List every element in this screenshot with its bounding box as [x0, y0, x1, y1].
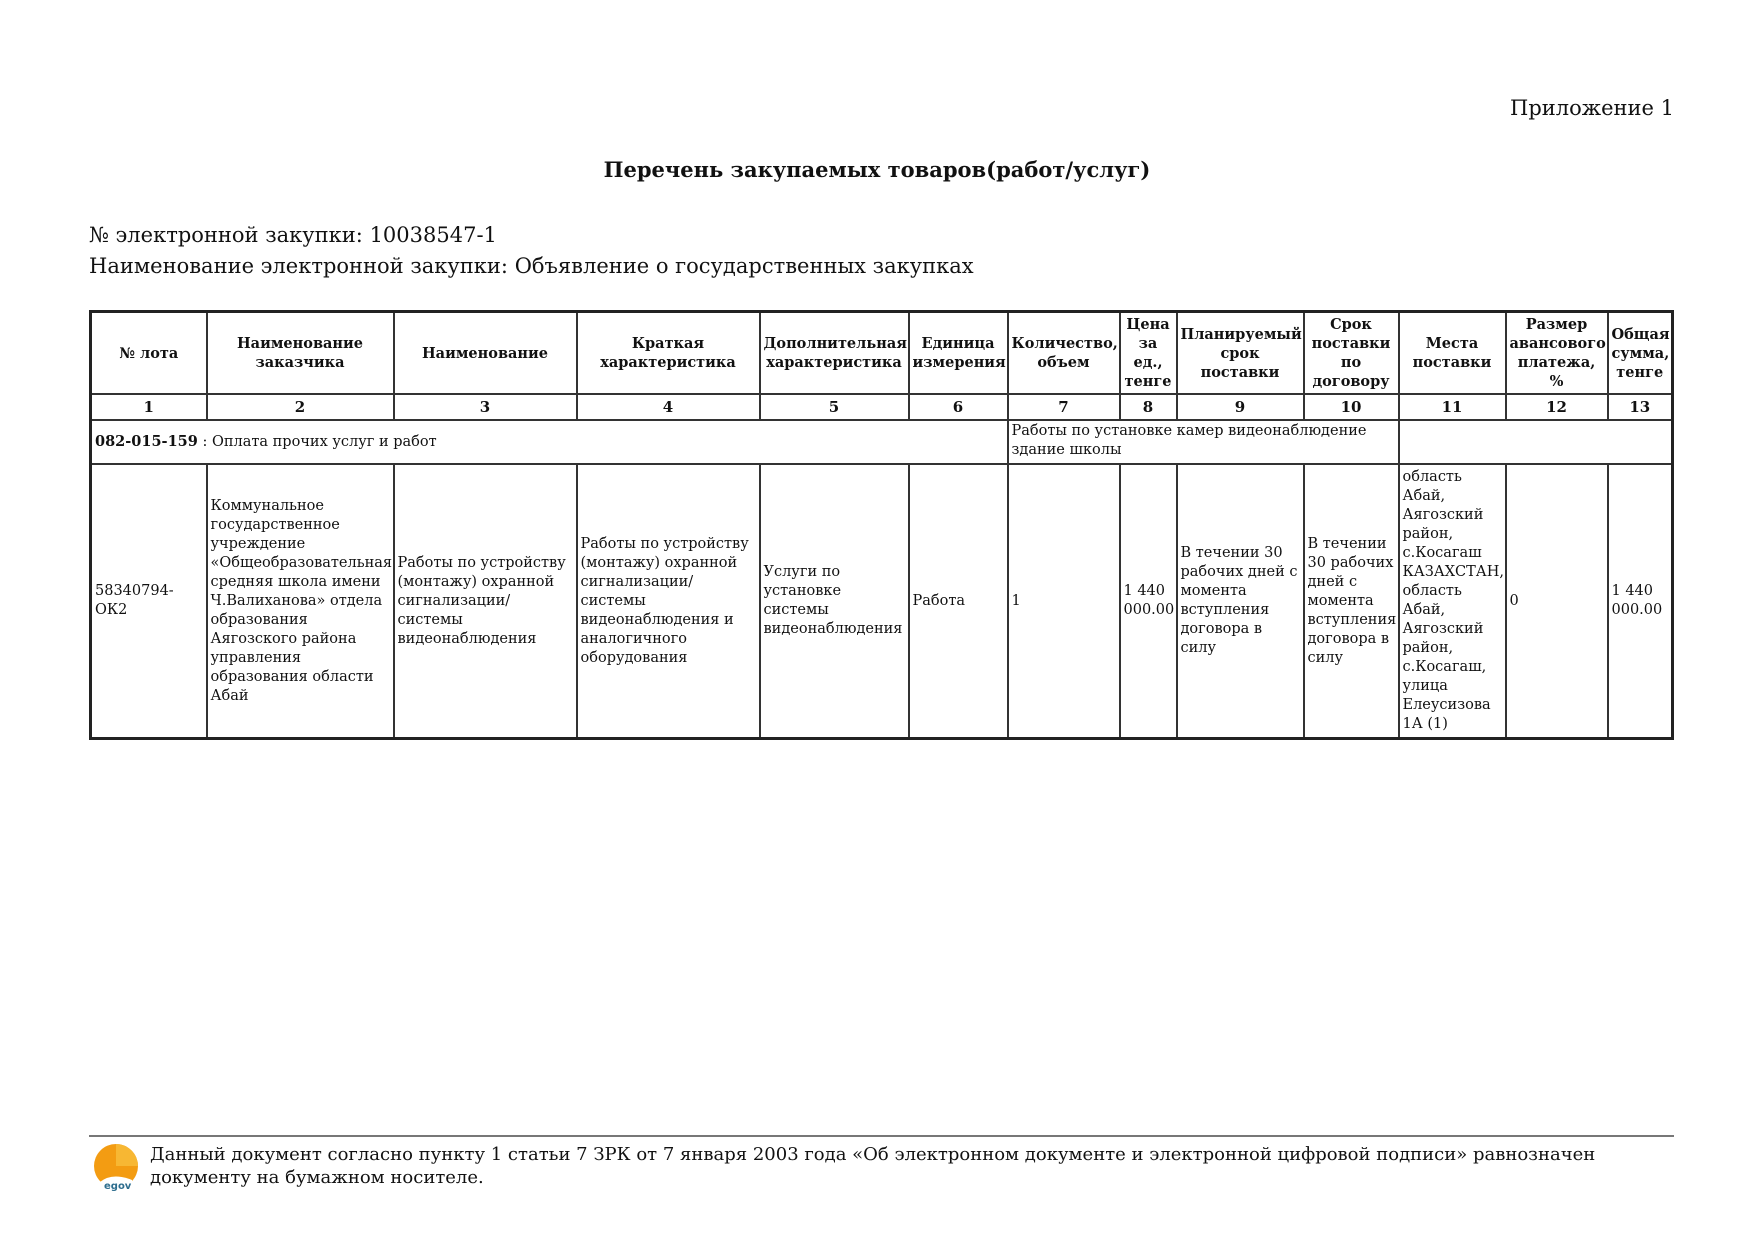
- svg-text:egov: egov: [104, 1181, 132, 1192]
- col-number: 6: [909, 394, 1008, 420]
- col-header: Количество, объем: [1008, 312, 1120, 395]
- col-number: 12: [1506, 394, 1608, 420]
- footer-divider: [89, 1135, 1674, 1137]
- unit: Работа: [909, 464, 1008, 739]
- quantity: 1: [1008, 464, 1120, 739]
- col-header: Цена за ед., тенге: [1120, 312, 1177, 395]
- col-number: 11: [1399, 394, 1506, 420]
- col-header: Краткая характеристика: [577, 312, 760, 395]
- legal-notice: Данный документ согласно пункту 1 статьи…: [150, 1143, 1680, 1189]
- col-number: 10: [1304, 394, 1399, 420]
- procurement-table: № лота Наименование заказчика Наименован…: [89, 310, 1674, 740]
- col-header: Срок поставки по договору: [1304, 312, 1399, 395]
- budget-separator: :: [198, 434, 212, 450]
- egov-sun-logo-icon: egov: [92, 1142, 142, 1192]
- group-empty-cell: [1399, 420, 1673, 464]
- column-number-row: 1 2 3 4 5 6 7 8 9 10 11 12 13: [91, 394, 1673, 420]
- unit-price: 1 440 000.00: [1120, 464, 1177, 739]
- budget-code: 082-015-159: [95, 433, 198, 450]
- budget-name: Оплата прочих услуг и работ: [212, 434, 437, 450]
- table-row: 58340794-ОК2 Коммунальное государственно…: [91, 464, 1673, 739]
- procurement-meta: № электронной закупки: 10038547-1 Наимен…: [89, 220, 974, 282]
- delivery-place: область Абай, Аягозский район, с.Косагаш…: [1399, 464, 1506, 739]
- col-number: 1: [91, 394, 207, 420]
- col-number: 7: [1008, 394, 1120, 420]
- col-number: 13: [1608, 394, 1673, 420]
- short-description: Работы по устройству (монтажу) охранной …: [577, 464, 760, 739]
- contract-delivery: В течении 30 рабочих дней с момента всту…: [1304, 464, 1399, 739]
- col-header: Общая сумма, тенге: [1608, 312, 1673, 395]
- col-header: Размер авансового платежа, %: [1506, 312, 1608, 395]
- advance-payment: 0: [1506, 464, 1608, 739]
- procurement-name-line: Наименование электронной закупки: Объявл…: [89, 251, 974, 282]
- document-title: Перечень закупаемых товаров(работ/услуг): [0, 157, 1754, 182]
- procurement-number-label: № электронной закупки:: [89, 223, 363, 247]
- col-number: 3: [394, 394, 577, 420]
- customer-name: Коммунальное государственное учреждение …: [207, 464, 394, 739]
- col-header: № лота: [91, 312, 207, 395]
- group-description: Работы по установке камер видеонаблюдени…: [1008, 420, 1399, 464]
- budget-group-row: 082-015-159 : Оплата прочих услуг и рабо…: [91, 420, 1673, 464]
- col-number: 9: [1177, 394, 1304, 420]
- col-header: Наименование: [394, 312, 577, 395]
- col-header: Единица измерения: [909, 312, 1008, 395]
- procurement-name: Объявление о государственных закупках: [515, 254, 974, 278]
- col-header: Планируемый срок поставки: [1177, 312, 1304, 395]
- table-header-row: № лота Наименование заказчика Наименован…: [91, 312, 1673, 395]
- total-amount: 1 440 000.00: [1608, 464, 1673, 739]
- col-header: Места поставки: [1399, 312, 1506, 395]
- col-number: 4: [577, 394, 760, 420]
- col-header: Дополнительная характеристика: [760, 312, 909, 395]
- lot-number: 58340794-ОК2: [91, 464, 207, 739]
- additional-description: Услуги по установке системы видеонаблюде…: [760, 464, 909, 739]
- procurement-number-line: № электронной закупки: 10038547-1: [89, 220, 974, 251]
- col-number: 2: [207, 394, 394, 420]
- col-number: 5: [760, 394, 909, 420]
- appendix-label: Приложение 1: [1510, 96, 1674, 120]
- col-header: Наименование заказчика: [207, 312, 394, 395]
- budget-code-cell: 082-015-159 : Оплата прочих услуг и рабо…: [91, 420, 1008, 464]
- planned-delivery: В течении 30 рабочих дней с момента всту…: [1177, 464, 1304, 739]
- procurement-name-label: Наименование электронной закупки:: [89, 254, 508, 278]
- procurement-number: 10038547-1: [370, 223, 497, 247]
- item-name: Работы по устройству (монтажу) охранной …: [394, 464, 577, 739]
- col-number: 8: [1120, 394, 1177, 420]
